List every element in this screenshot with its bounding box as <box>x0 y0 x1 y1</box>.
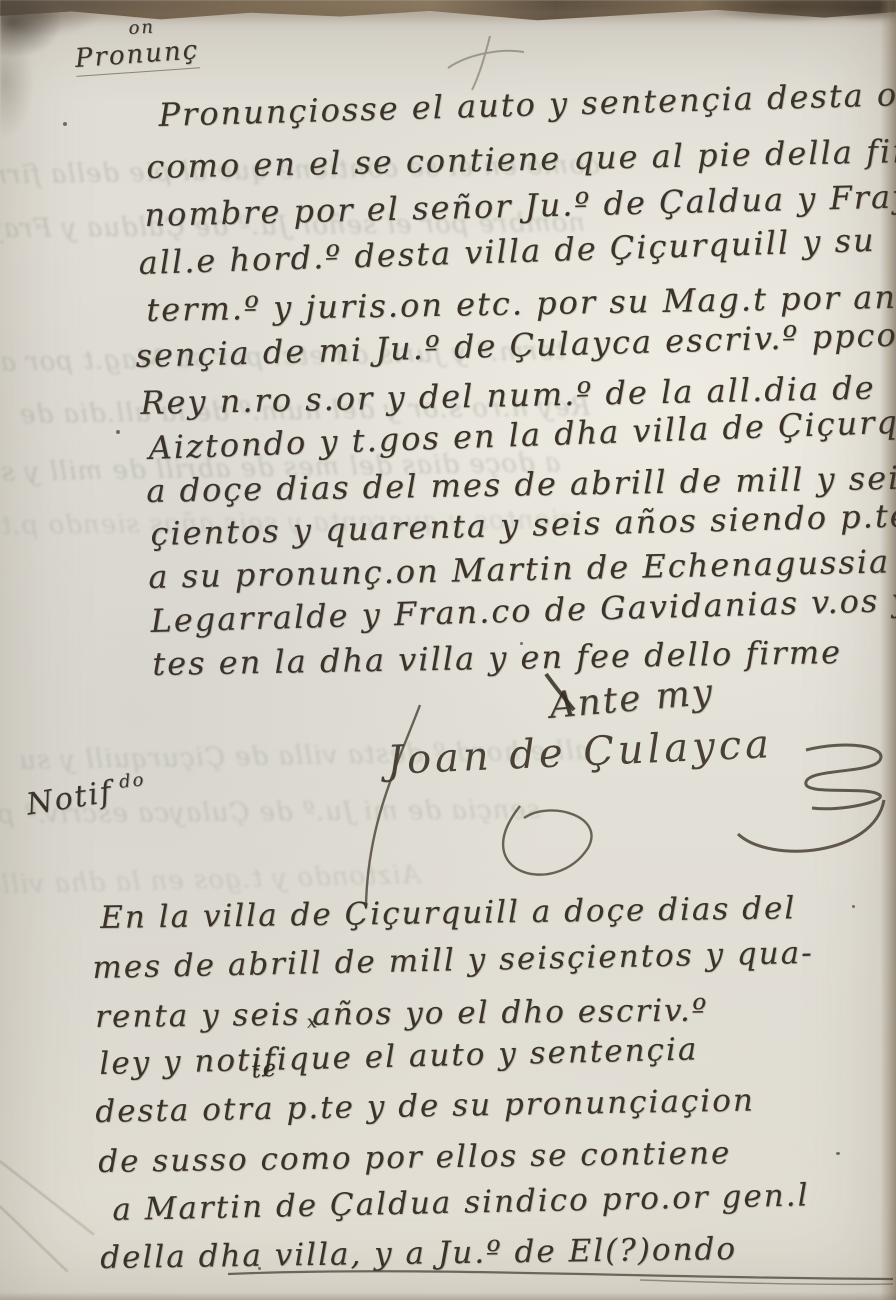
caret-insert-mark: x <box>306 1011 320 1033</box>
cross-mark <box>448 36 524 90</box>
manuscript-page: como en el se contiene que al pie della … <box>0 0 896 1300</box>
notification-line: ley y notifique el auto y sentençia <box>99 1031 699 1082</box>
underline-flourish <box>228 1271 893 1284</box>
notification-line: renta y seis años yo el dho escriv.º <box>95 993 709 1035</box>
manuscript-line: como en el se contiene que al pie della … <box>146 129 896 186</box>
margin-note-notificacion-superscript: do <box>118 769 146 793</box>
fold-crease <box>0 1205 68 1272</box>
notification-line: desta otra p.te y de su pronunçiaçion <box>95 1082 755 1130</box>
top-left-corner-stain <box>0 0 130 150</box>
notification-line: mes de abrill de mill y seisçientos y qu… <box>92 935 814 986</box>
ink-speck <box>852 905 855 908</box>
bottom-page-edge <box>0 1292 896 1300</box>
ink-speck <box>116 430 120 434</box>
notification-line: de susso como por ellos se contiene <box>98 1135 732 1180</box>
signature-juan-de-zulayca: Joan de Çulayca <box>386 721 774 784</box>
fold-crease <box>0 1160 95 1235</box>
ink-speck <box>258 1267 261 1270</box>
manuscript-line: Pronunçiosse el auto y sentençia desta o… <box>158 72 896 134</box>
ink-speck <box>836 1152 840 1155</box>
notification-line: En la villa de Çiçurquill a doçe dias de… <box>100 890 796 936</box>
ink-speck <box>520 642 523 645</box>
manuscript-line: tes en la dha villa y en fee dello firme <box>152 633 842 683</box>
notification-line: a Martin de Çaldua sindico pro.or gen.l <box>112 1177 810 1228</box>
signature-descender-flourish <box>366 705 420 905</box>
notification-line: della dha villa, y a Ju.º de El(?)ondo <box>100 1231 737 1276</box>
signature-loop-flourish <box>503 806 591 875</box>
margin-note-pronunciacion-superscript: on <box>128 17 156 39</box>
margin-note-notificacion: Notif <box>24 774 115 822</box>
interline-insert-mark: te <box>250 1055 279 1084</box>
top-right-corner-stain <box>656 0 896 40</box>
ante-mi-label: Ante my <box>548 672 716 727</box>
ink-speck <box>63 122 67 126</box>
